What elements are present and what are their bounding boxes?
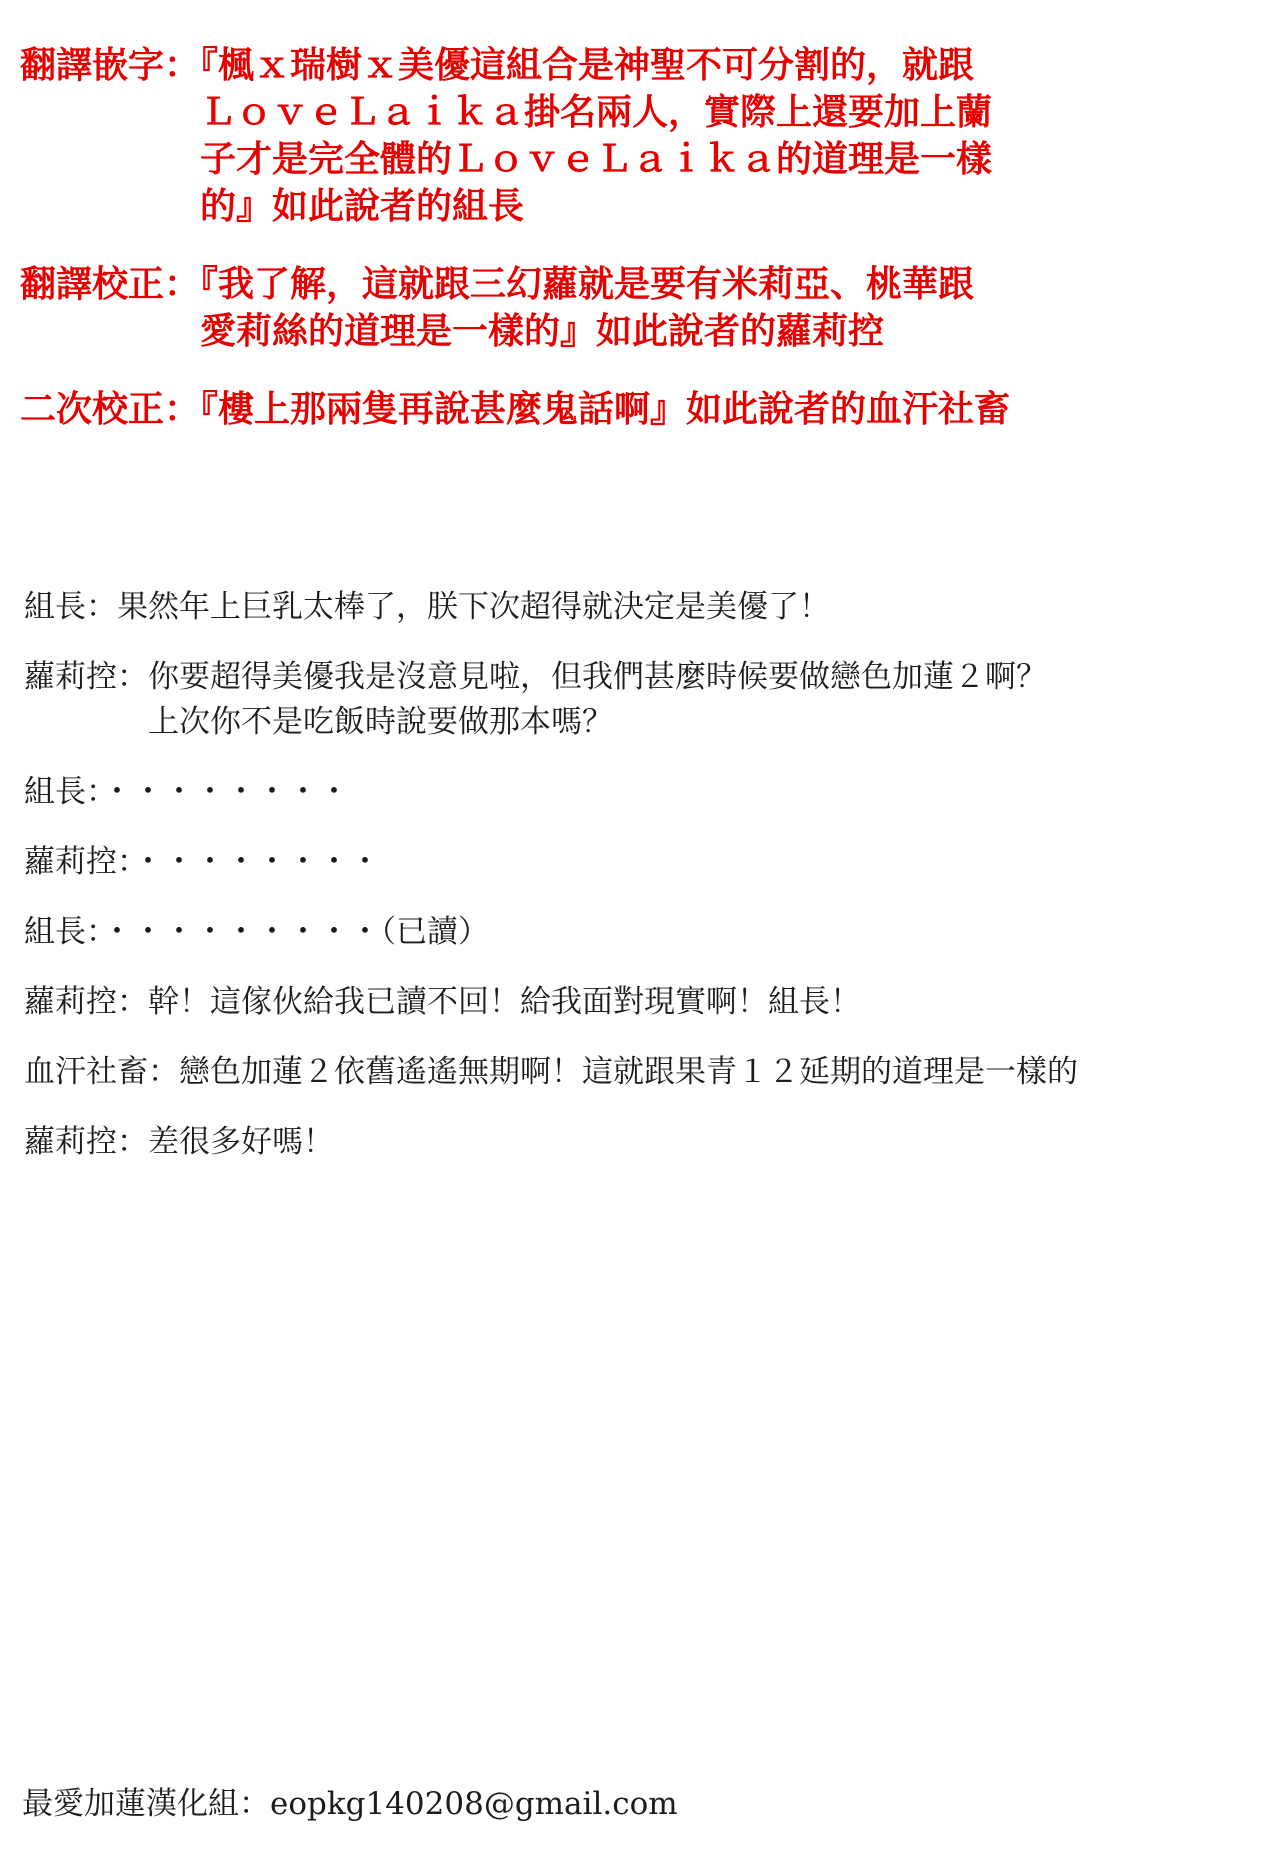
credit-proofreader: 翻譯校正：『我了解，這就跟三幻蘿就是要有米莉亞、桃華跟 愛莉絲的道理是一樣的』如… xyxy=(20,261,1264,355)
dialogue-message: 血汗社畜：戀色加蓮２依舊遙遙無期啊！這就跟果青１２延期的道理是一樣的 xyxy=(24,1050,1264,1095)
credit-line: 翻譯校正：『我了解，這就跟三幻蘿就是要有米莉亞、桃華跟 xyxy=(20,261,1264,308)
staff-credits: 翻譯嵌字：『楓ｘ瑞樹ｘ美優這組合是神聖不可分割的，就跟 ＬｏｖｅＬａｉｋａ掛名兩… xyxy=(0,0,1280,433)
dialogue-message: 組長：・・・・・・・・ xyxy=(24,770,1264,815)
credit-line: 翻譯嵌字：『楓ｘ瑞樹ｘ美優這組合是神聖不可分割的，就跟 xyxy=(20,42,1264,89)
dialogue-message: 蘿莉控：差很多好嗎！ xyxy=(24,1120,1264,1165)
dialogue-message: 組長：果然年上巨乳太棒了，朕下次超得就決定是美優了！ xyxy=(24,585,1264,630)
dialogue-line: 蘿莉控：你要超得美優我是沒意見啦，但我們甚麼時候要做戀色加蓮２啊？ xyxy=(24,659,1047,695)
credit-second-proofreader: 二次校正：『樓上那兩隻再說甚麼鬼話啊』如此說者的血汗社畜 xyxy=(20,386,1264,433)
credit-line: 子才是完全體的ＬｏｖｅＬａｉｋａ的道理是一樣 xyxy=(200,136,1264,183)
dialogue-line: 血汗社畜：戀色加蓮２依舊遙遙無期啊！這就跟果青１２延期的道理是一樣的 xyxy=(24,1054,1078,1090)
credit-line: 的』如此說者的組長 xyxy=(200,183,1264,230)
dialogue-line: 蘿莉控：差很多好嗎！ xyxy=(24,1124,334,1160)
credits-page: 翻譯嵌字：『楓ｘ瑞樹ｘ美優這組合是神聖不可分割的，就跟 ＬｏｖｅＬａｉｋａ掛名兩… xyxy=(0,0,1280,1860)
dialogue-line: 組長：・・・・・・・・ xyxy=(24,774,350,810)
dialogue-message: 蘿莉控：幹！這傢伙給我已讀不回！給我面對現實啊！組長！ xyxy=(24,980,1264,1025)
dialogue-line: 蘿莉控：・・・・・・・・ xyxy=(24,844,381,880)
dialogue-message: 蘿莉控：你要超得美優我是沒意見啦，但我們甚麼時候要做戀色加蓮２啊？ 上次你不是吃… xyxy=(24,655,1264,745)
dialogue-line: 組長：・・・・・・・・・（已讀） xyxy=(24,914,489,950)
dialogue-line: 蘿莉控：幹！這傢伙給我已讀不回！給我面對現實啊！組長！ xyxy=(24,984,861,1020)
dialogue-line: 上次你不是吃飯時說要做那本嗎？ xyxy=(148,704,613,740)
dialogue-message: 蘿莉控：・・・・・・・・ xyxy=(24,840,1264,885)
credit-line: 愛莉絲的道理是一樣的』如此說者的蘿莉控 xyxy=(200,308,1264,355)
staff-dialogue: 組長：果然年上巨乳太棒了，朕下次超得就決定是美優了！ 蘿莉控：你要超得美優我是沒… xyxy=(0,585,1280,1165)
credit-translator-typesetter: 翻譯嵌字：『楓ｘ瑞樹ｘ美優這組合是神聖不可分割的，就跟 ＬｏｖｅＬａｉｋａ掛名兩… xyxy=(20,42,1264,230)
credit-line: ＬｏｖｅＬａｉｋａ掛名兩人，實際上還要加上蘭 xyxy=(200,89,1264,136)
credit-line: 二次校正：『樓上那兩隻再說甚麼鬼話啊』如此說者的血汗社畜 xyxy=(20,386,1264,433)
dialogue-line: 組長：果然年上巨乳太棒了，朕下次超得就決定是美優了！ xyxy=(24,589,830,625)
group-contact-footer: 最愛加蓮漢化組：eopkg140208@gmail.com xyxy=(22,1782,678,1827)
group-contact-text: 最愛加蓮漢化組：eopkg140208@gmail.com xyxy=(22,1786,678,1822)
dialogue-message: 組長：・・・・・・・・・（已讀） xyxy=(24,910,1264,955)
